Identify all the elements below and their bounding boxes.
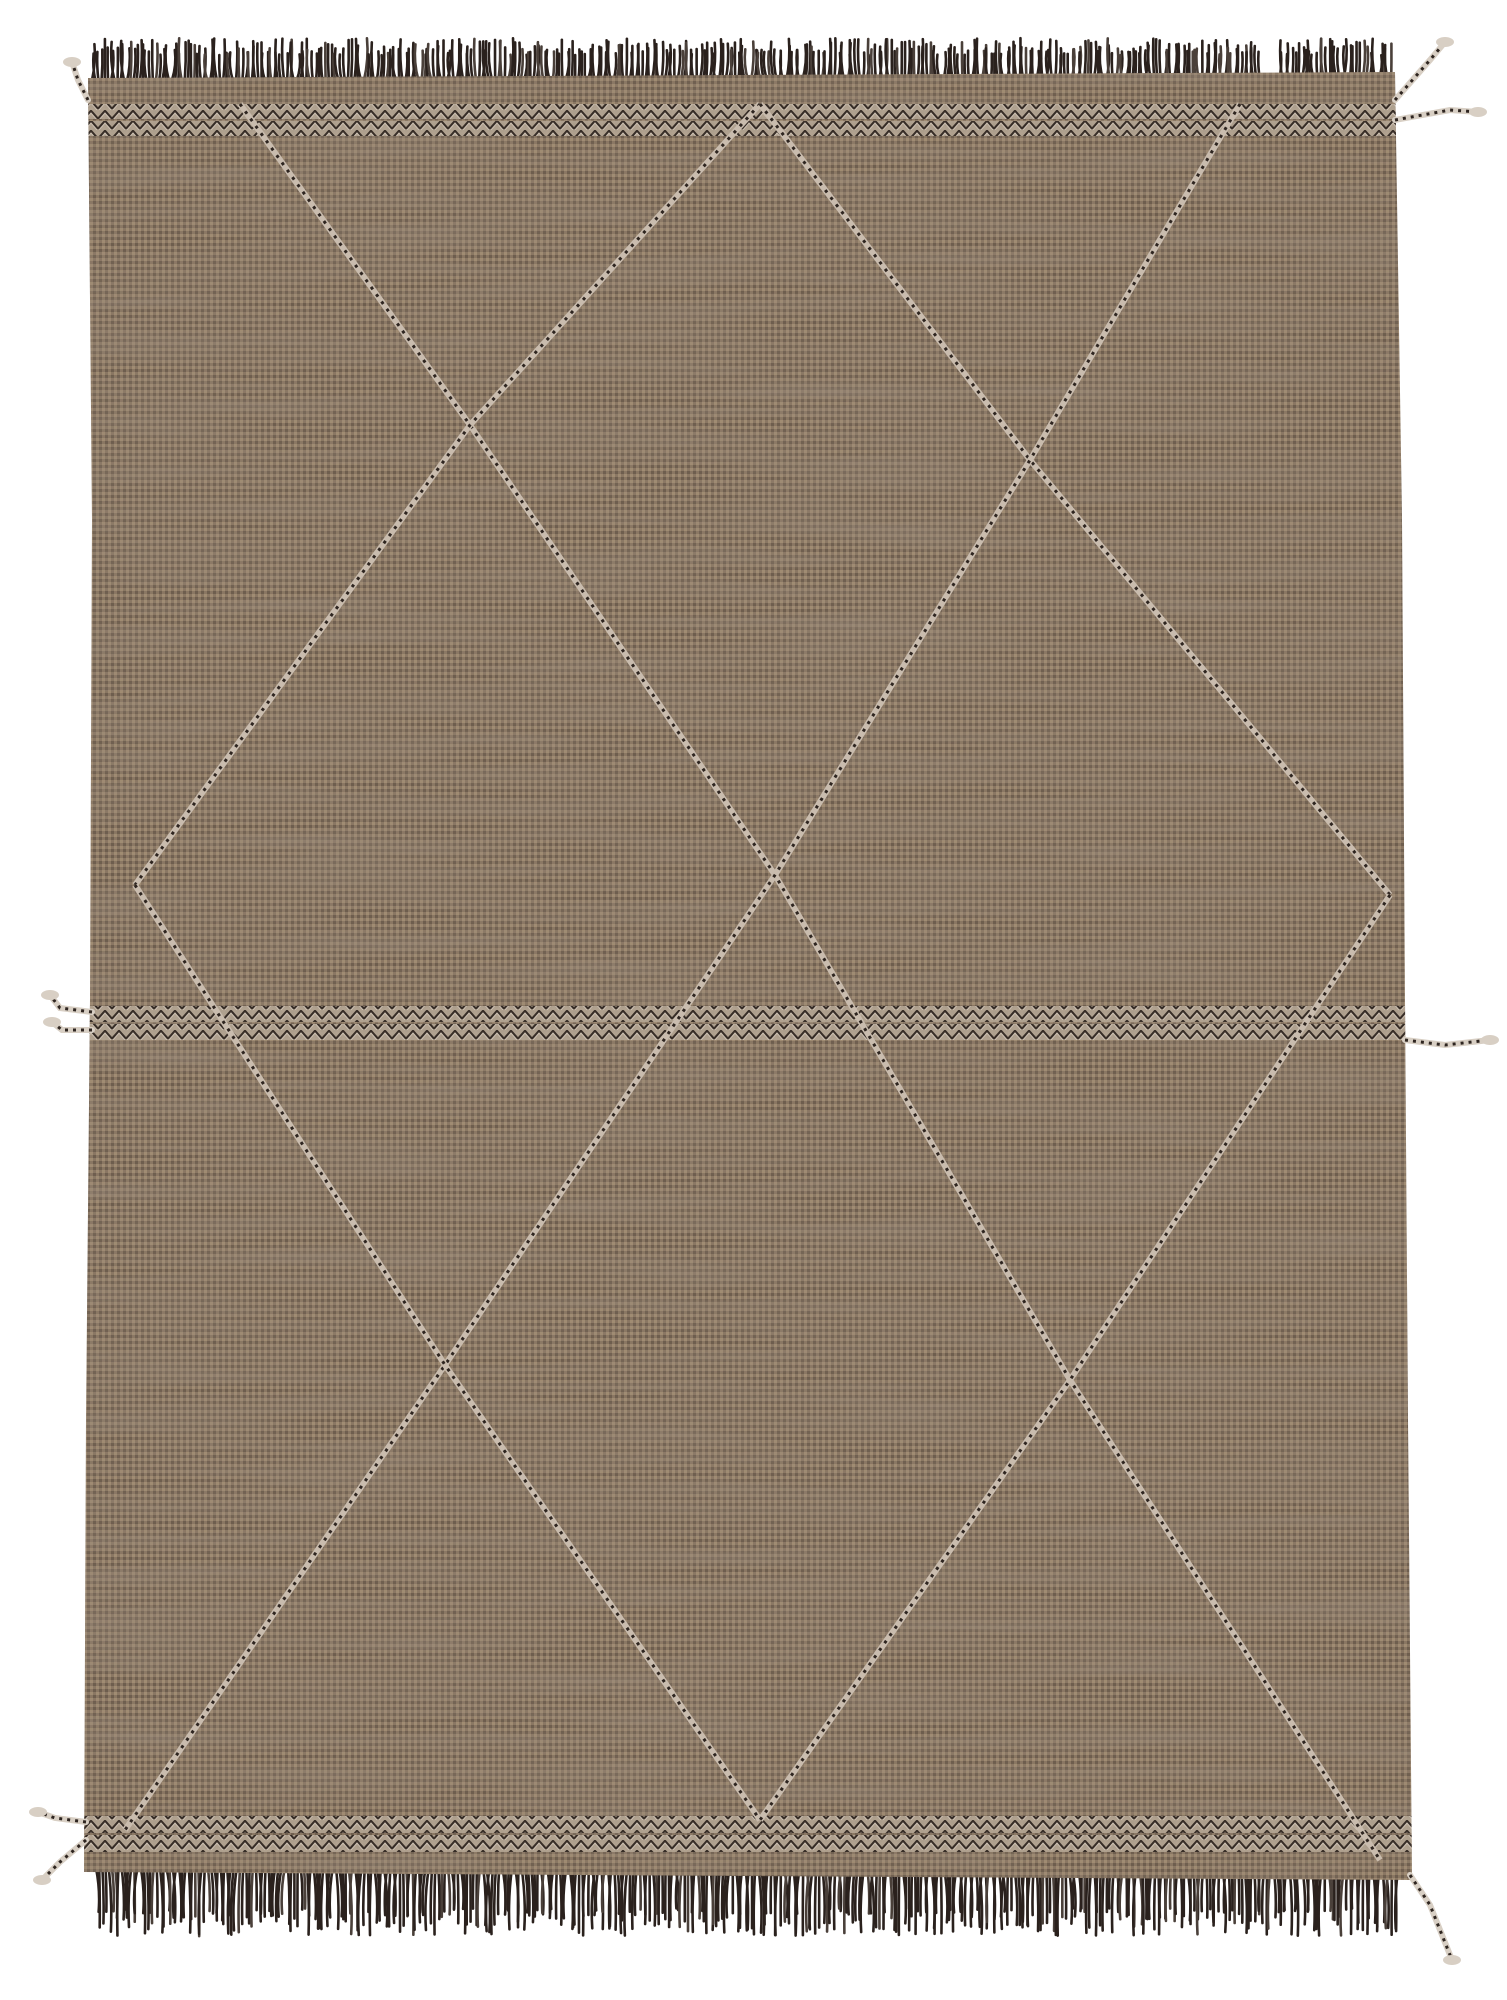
tassel-middle-left-lower [43, 1017, 92, 1030]
tassel-bottom-left-lower [33, 1840, 86, 1885]
tassel-bottom-left-upper [29, 1807, 86, 1822]
tassel-top-right-lower [1395, 107, 1487, 120]
tassel-middle-right [1405, 1035, 1499, 1045]
tassel-bottom-right [1410, 1875, 1461, 1965]
tassel-top-left [63, 57, 88, 100]
tassel-top-right-upper [1395, 37, 1454, 100]
rug-image [0, 0, 1507, 2000]
tassel-middle-left-upper [41, 990, 92, 1012]
product-photo [0, 0, 1507, 2000]
rug-body [0, 0, 1507, 2000]
